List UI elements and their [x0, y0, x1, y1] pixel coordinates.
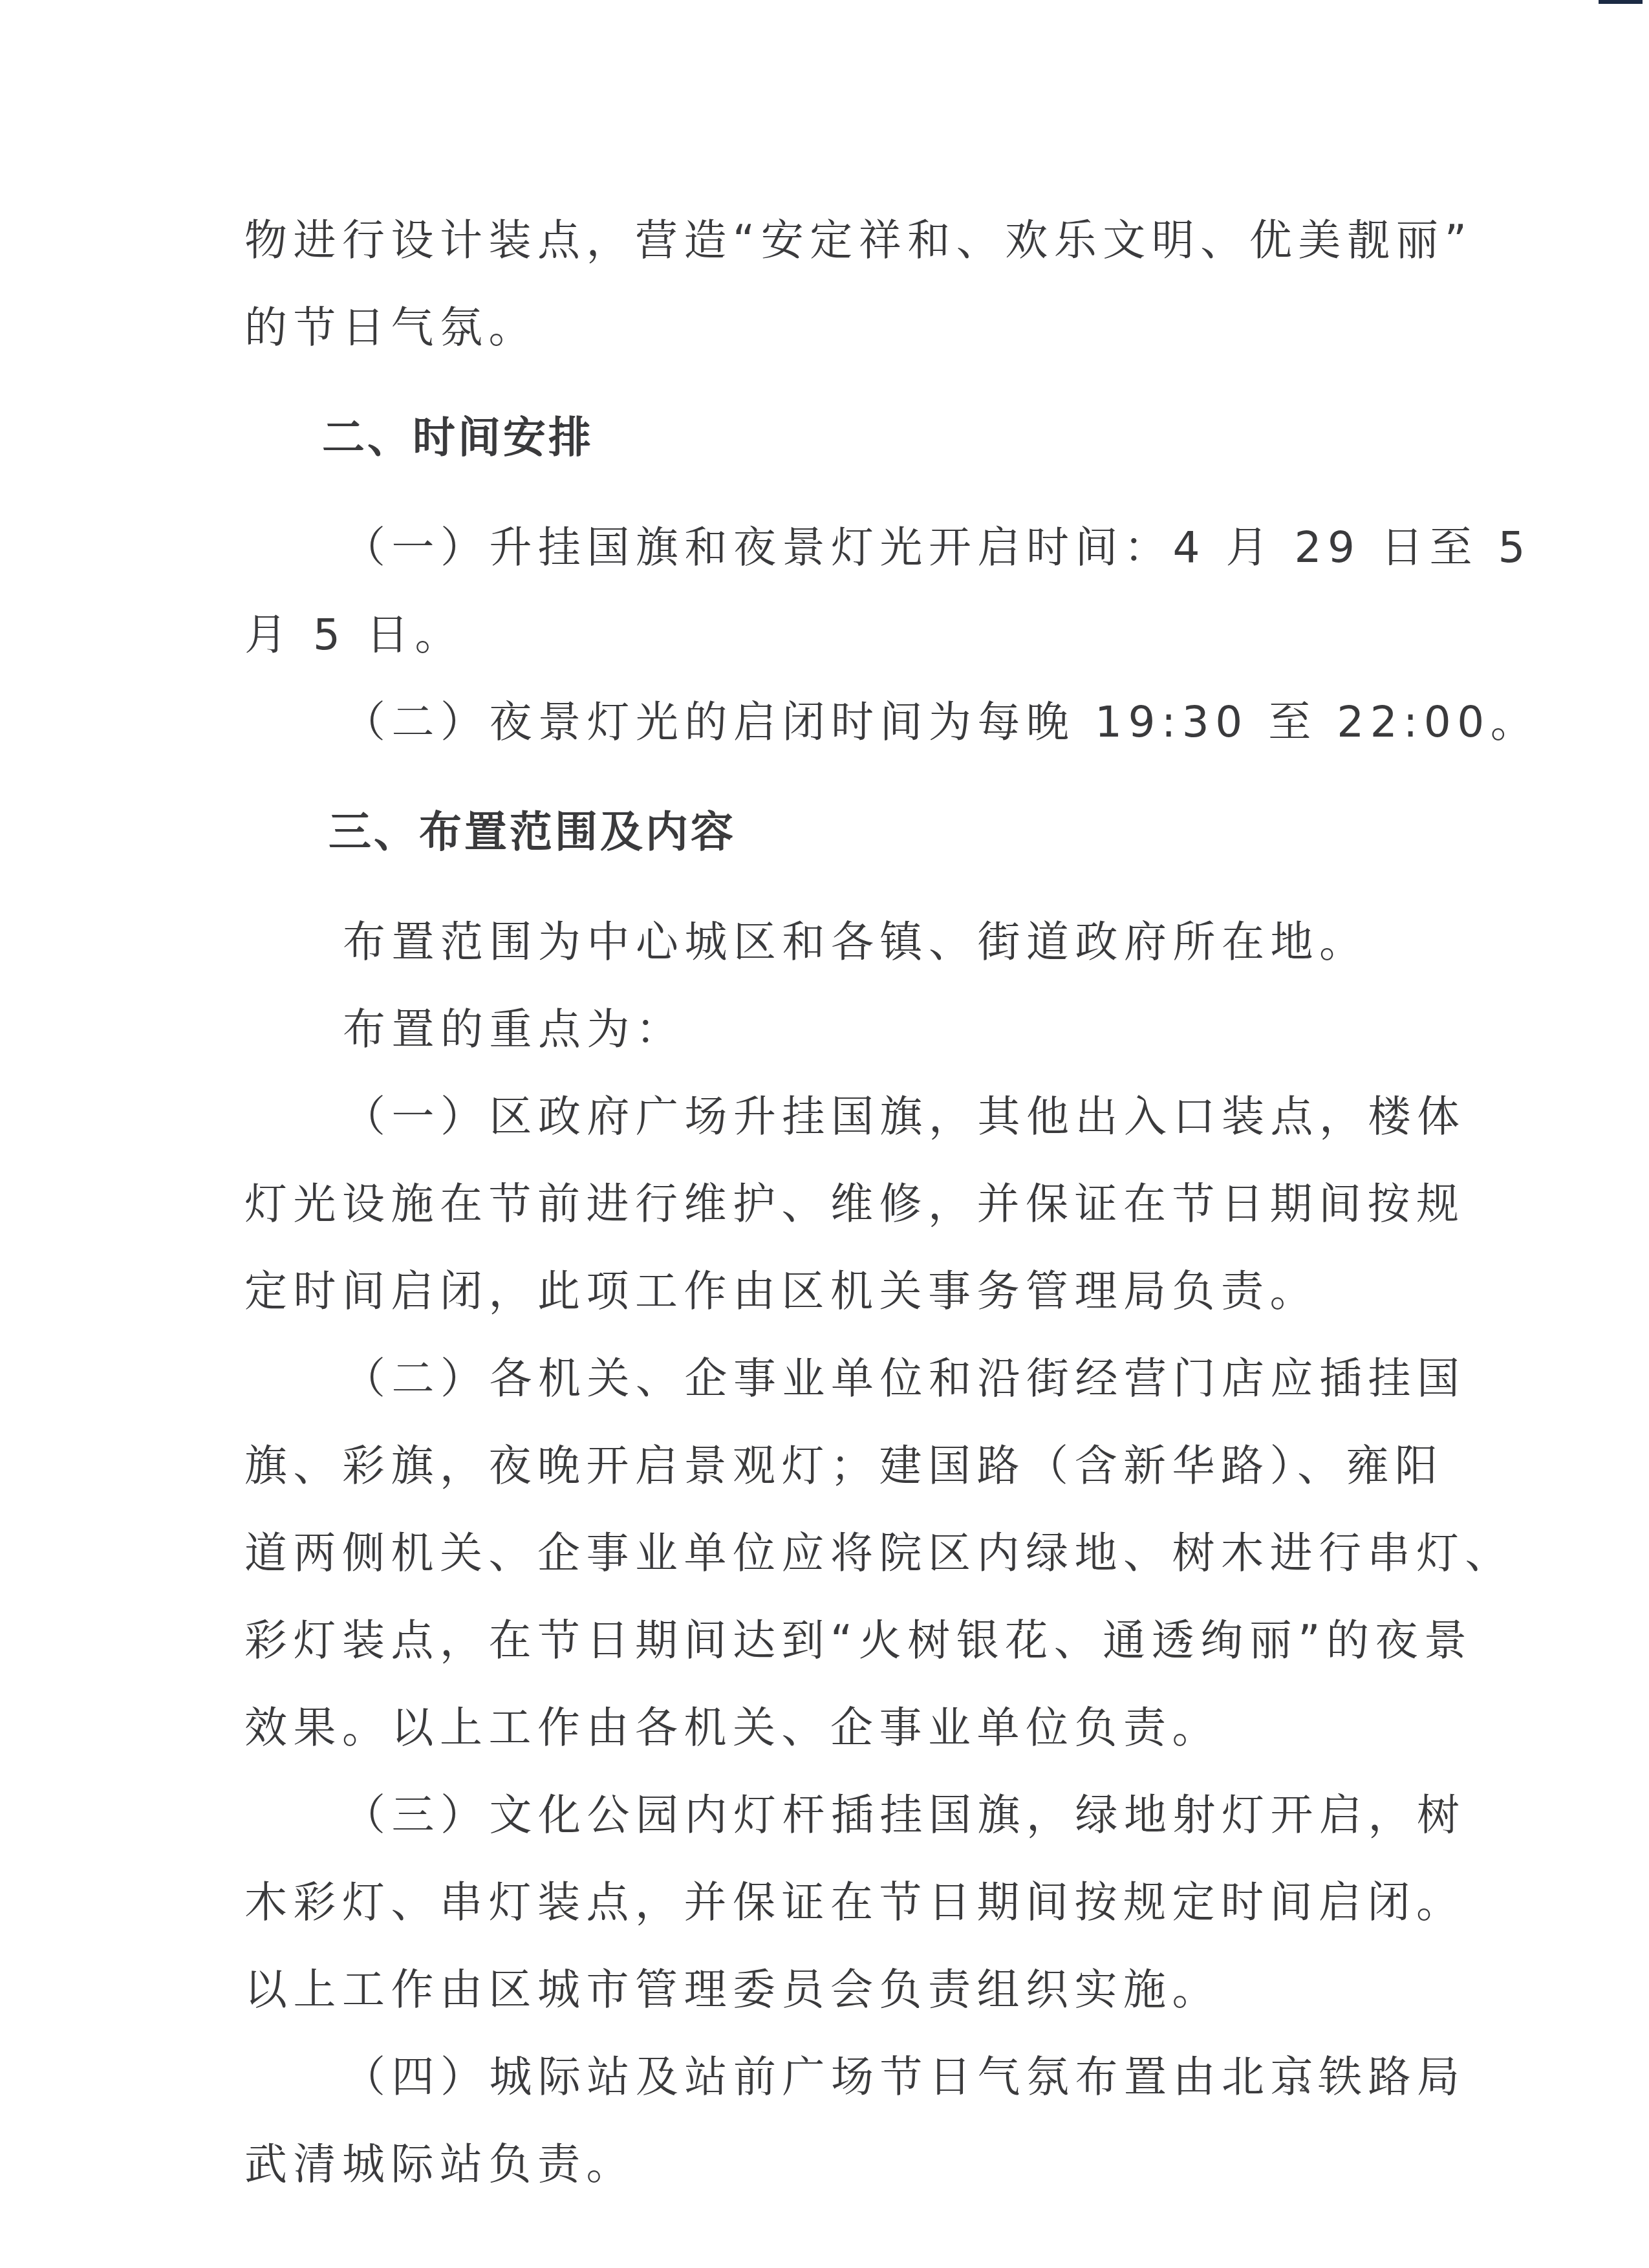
text-line: （二）夜景灯光的启闭时间为每晚 19:30 至 22:00。: [244, 690, 1328, 755]
text-line: 的节日气氛。: [244, 296, 1328, 360]
text-line: 布置范围为中心城区和各镇、街道政府所在地。: [244, 910, 1328, 975]
text-line: 灯光设施在节前进行维护、维修，并保证在节日期间按规: [244, 1172, 1328, 1237]
text-line: 物进行设计装点，营造“安定祥和、欢乐文明、优美靓丽”: [244, 208, 1328, 273]
text-line: 效果。以上工作由各机关、企事业单位负责。: [244, 1696, 1328, 1760]
section-heading-time-schedule: 二、时间安排: [244, 405, 1328, 470]
text-line: 定时间启闭，此项工作由区机关事务管理局负责。: [244, 1259, 1328, 1324]
text-line: 木彩灯、串灯装点，并保证在节日期间按规定时间启闭。: [244, 1870, 1328, 1935]
paragraph-intro-continuation: 物进行设计装点，营造“安定祥和、欢乐文明、优美靓丽” 的节日气氛。: [244, 208, 1328, 360]
paragraph-schedule-item-1: （一）升挂国旗和夜景灯光开启时间：4 月 29 日至 5 月 5 日。: [244, 515, 1328, 667]
text-line: 彩灯装点，在节日期间达到“火树银花、通透绚丽”的夜景: [244, 1608, 1328, 1673]
paragraph-focus-item-3: （三）文化公园内灯杆插挂国旗，绿地射灯开启，树 木彩灯、串灯装点，并保证在节日期…: [244, 1783, 1328, 2022]
paragraph-focus-item-2: （二）各机关、企事业单位和沿街经营门店应插挂国 旗、彩旗，夜晚开启景观灯；建国路…: [244, 1346, 1328, 1760]
text-line: 武清城际站负责。: [244, 2132, 1328, 2197]
document-page: 物进行设计装点，营造“安定祥和、欢乐文明、优美靓丽” 的节日气氛。 二、时间安排…: [244, 208, 1328, 2197]
text-line: （一）升挂国旗和夜景灯光开启时间：4 月 29 日至 5: [244, 515, 1328, 580]
text-line: （一）区政府广场升挂国旗，其他出入口装点，楼体: [244, 1085, 1328, 1149]
paragraph-scope: 布置范围为中心城区和各镇、街道政府所在地。: [244, 910, 1328, 975]
text-line: （二）各机关、企事业单位和沿街经营门店应插挂国: [244, 1346, 1328, 1411]
text-line: 布置的重点为：: [244, 997, 1328, 1062]
text-line: （三）文化公园内灯杆插挂国旗，绿地射灯开启，树: [244, 1783, 1328, 1848]
text-line: 道两侧机关、企事业单位应将院区内绿地、树木进行串灯、: [244, 1521, 1328, 1586]
paragraph-focus-item-1: （一）区政府广场升挂国旗，其他出入口装点，楼体 灯光设施在节前进行维护、维修，并…: [244, 1085, 1328, 1324]
text-line: 旗、彩旗，夜晚开启景观灯；建国路（含新华路）、雍阳: [244, 1434, 1328, 1498]
paragraph-schedule-item-2: （二）夜景灯光的启闭时间为每晚 19:30 至 22:00。: [244, 690, 1328, 755]
paragraph-focus-intro: 布置的重点为：: [244, 997, 1328, 1062]
section-heading-scope-content: 三、布置范围及内容: [244, 800, 1328, 865]
text-line: （四）城际站及站前广场节日气氛布置由北京铁路局: [244, 2045, 1328, 2110]
scan-corner-mark: [1599, 0, 1643, 4]
paragraph-focus-item-4: （四）城际站及站前广场节日气氛布置由北京铁路局 武清城际站负责。: [244, 2045, 1328, 2197]
text-line: 以上工作由区城市管理委员会负责组织实施。: [244, 1958, 1328, 2022]
page-number: - 2 -: [1284, 2073, 1327, 2097]
text-line: 月 5 日。: [244, 603, 1328, 667]
